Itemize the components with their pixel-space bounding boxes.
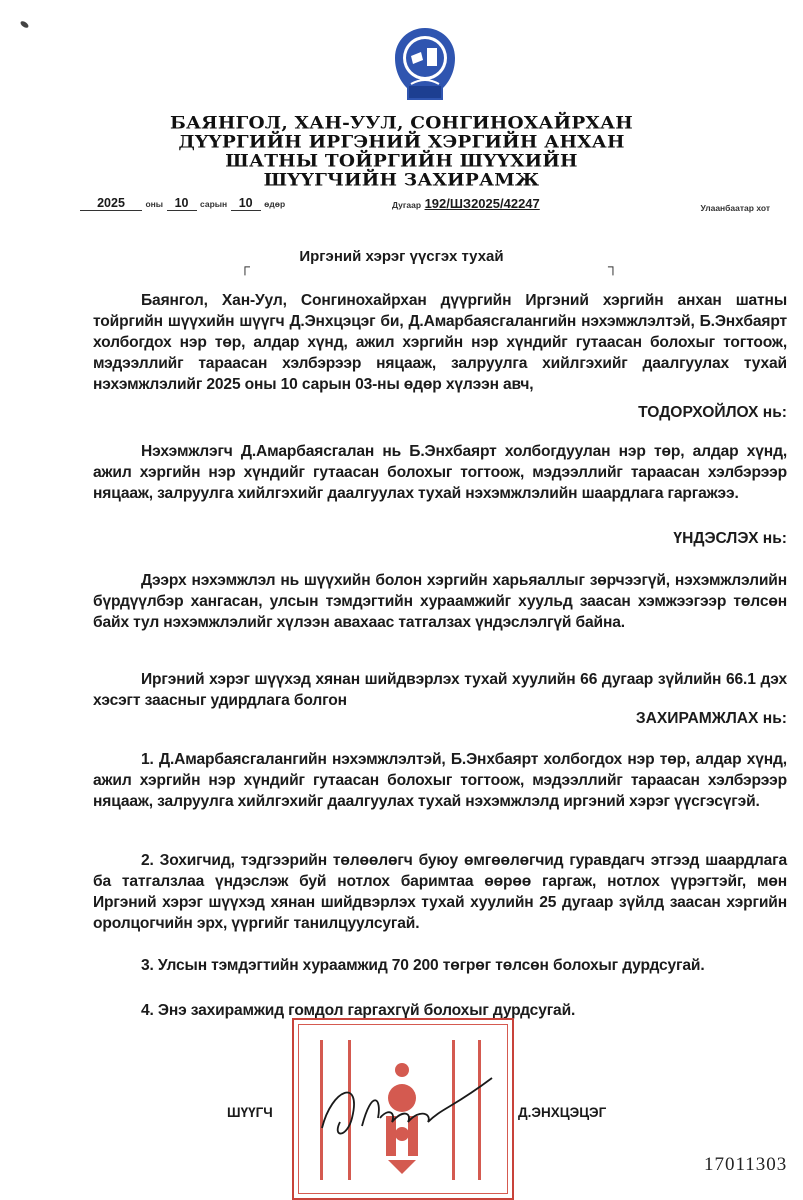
official-seal <box>292 1018 514 1200</box>
number-label: Дугаар <box>392 200 421 210</box>
year-label: оны <box>145 199 163 209</box>
intro-paragraph: Баянгол, Хан-Уул, Сонгинохайрхан дүүргий… <box>93 290 787 395</box>
state-emblem-icon <box>387 26 463 104</box>
signer-role: ШҮҮГЧ <box>227 1105 273 1120</box>
document-serial-number: 17011303 <box>704 1154 787 1176</box>
order-item-text: 2. Зохигчид, тэдгээрийн төлөөлөгч буюу ө… <box>93 850 787 934</box>
subject-title: Иргэний хэрэг үүсгэх тухай <box>0 248 803 265</box>
describe-paragraph: Нэхэмжлэгч Д.Амарбаясгалан нь Б.Энхбаярт… <box>93 441 787 504</box>
month-label: сарын <box>200 199 227 209</box>
heading-line-4: ШҮҮГЧИЙН ЗАХИРАМЖ <box>0 172 803 189</box>
describe-heading: ТОДОРХОЙЛОХ нь: <box>638 404 787 422</box>
date-day: 10 <box>231 196 261 211</box>
describe-text: Нэхэмжлэгч Д.Амарбаясгалан нь Б.Энхбаярт… <box>93 441 787 504</box>
date-line: 2025 оны 10 сарын 10 өдөр Дугаар 192/ШЗ2… <box>80 196 770 220</box>
order-item-text: 3. Улсын тэмдэгтийн хураамжид 70 200 төг… <box>93 955 787 976</box>
heading-line-2: ДҮҮРГИЙН ИРГЭНИЙ ХЭРГИЙН АНХАН <box>0 134 803 151</box>
heading-line-3: ШАТНЫ ТОЙРГИЙН ШҮҮХИЙН <box>0 153 803 170</box>
grounds-heading: ҮНДЭСЛЭХ нь: <box>673 530 787 548</box>
intro-text: Баянгол, Хан-Уул, Сонгинохайрхан дүүргий… <box>93 290 787 395</box>
order-item-text: 1. Д.Амарбаясгалангийн нэхэмжлэлтэй, Б.Э… <box>93 749 787 812</box>
date-month: 10 <box>167 196 197 211</box>
heading-line-1: БАЯНГОЛ, ХАН-УУЛ, СОНГИНОХАЙРХАН <box>0 115 803 132</box>
grounds-text-1: Дээрх нэхэмжлэл нь шүүхийн болон хэргийн… <box>93 570 787 633</box>
order-heading: ЗАХИРАМЖЛАХ нь: <box>636 710 787 728</box>
date-year: 2025 <box>80 196 142 211</box>
document-heading: БАЯНГОЛ, ХАН-УУЛ, СОНГИНОХАЙРХАН ДҮҮРГИЙ… <box>0 114 803 190</box>
grounds-paragraph-2: Иргэний хэрэг шүүхэд хянан шийдвэрлэх ту… <box>93 669 787 711</box>
signer-name: Д.ЭНХЦЭЦЭГ <box>518 1105 606 1120</box>
grounds-text-2: Иргэний хэрэг шүүхэд хянан шийдвэрлэх ту… <box>93 669 787 711</box>
court-order-document: БАЯНГОЛ, ХАН-УУЛ, СОНГИНОХАЙРХАН ДҮҮРГИЙ… <box>0 0 803 1200</box>
grounds-paragraph-1: Дээрх нэхэмжлэл нь шүүхийн болон хэргийн… <box>93 570 787 633</box>
order-item-3: 3. Улсын тэмдэгтийн хураамжид 70 200 төг… <box>93 955 787 976</box>
bracket-right-mark: ┐ <box>608 258 618 274</box>
order-item-1: 1. Д.Амарбаясгалангийн нэхэмжлэлтэй, Б.Э… <box>93 749 787 812</box>
order-item-2: 2. Зохигчид, тэдгээрийн төлөөлөгч буюу ө… <box>93 850 787 934</box>
order-number: 192/ШЗ2025/42247 <box>425 196 540 211</box>
scan-speck <box>19 20 29 29</box>
day-label: өдөр <box>264 199 285 209</box>
place: Улаанбаатар хот <box>700 203 770 213</box>
